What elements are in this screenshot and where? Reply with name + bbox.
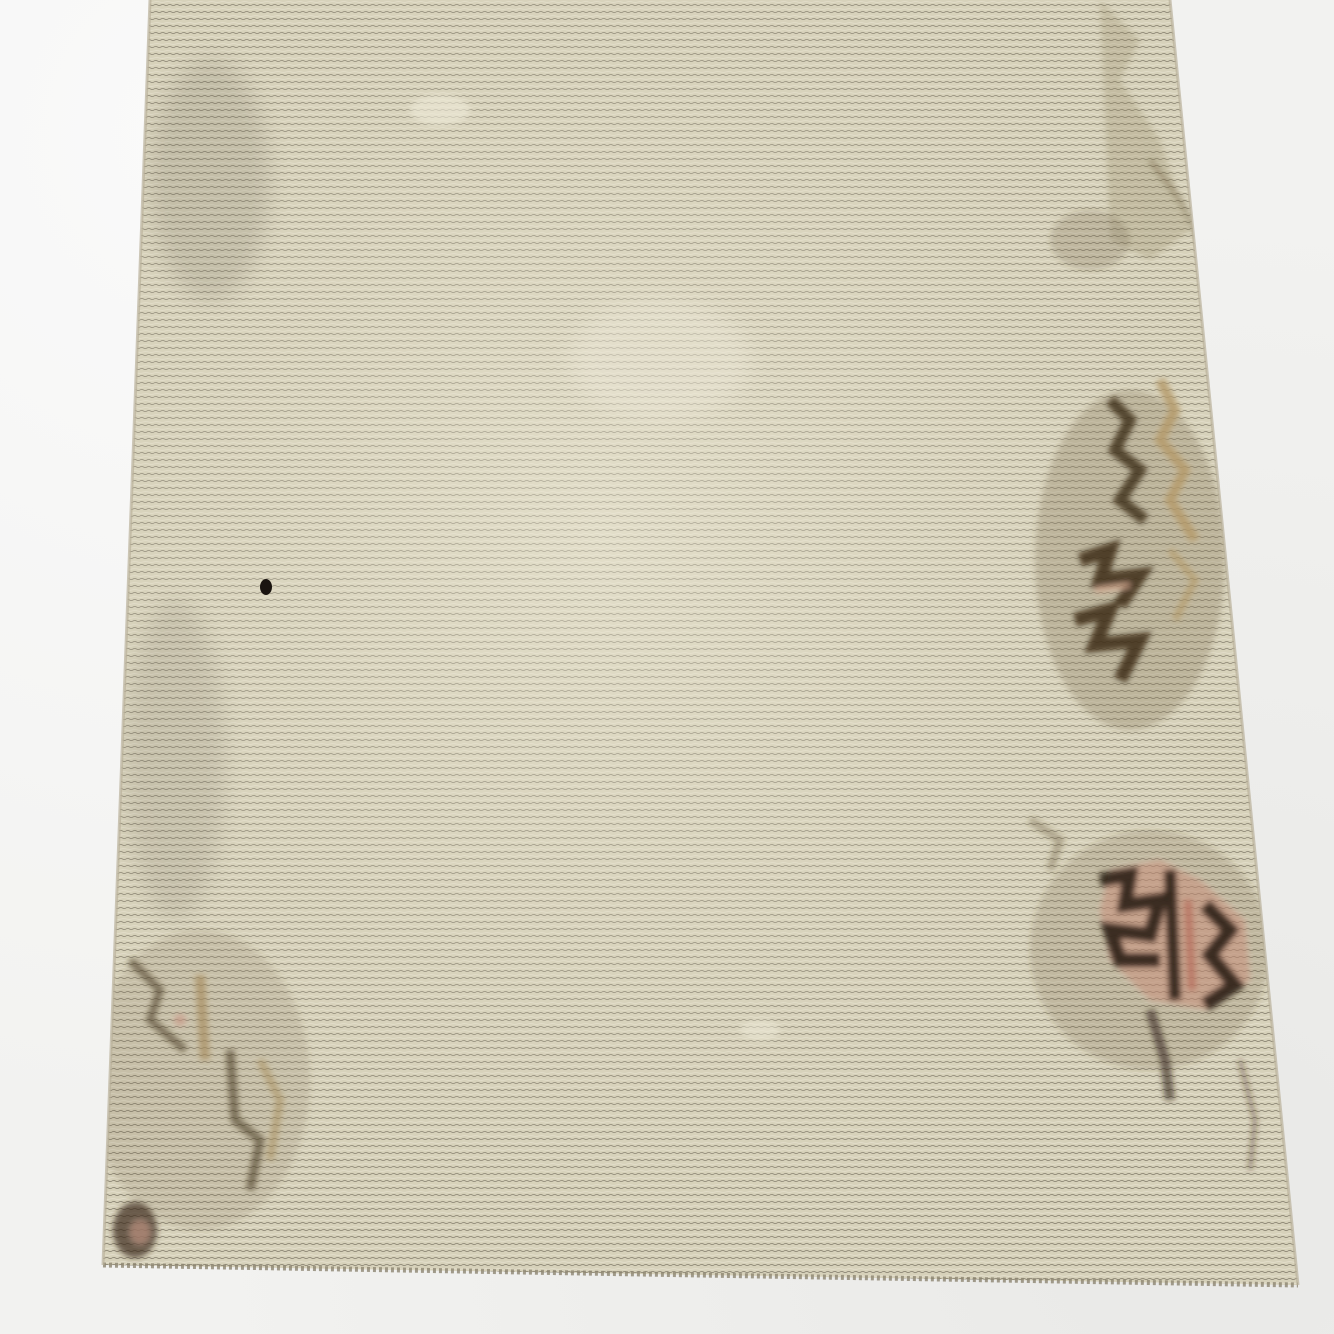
rug-photo — [0, 0, 1334, 1334]
rug-body — [0, 0, 1334, 1334]
ink-spot — [260, 579, 272, 595]
